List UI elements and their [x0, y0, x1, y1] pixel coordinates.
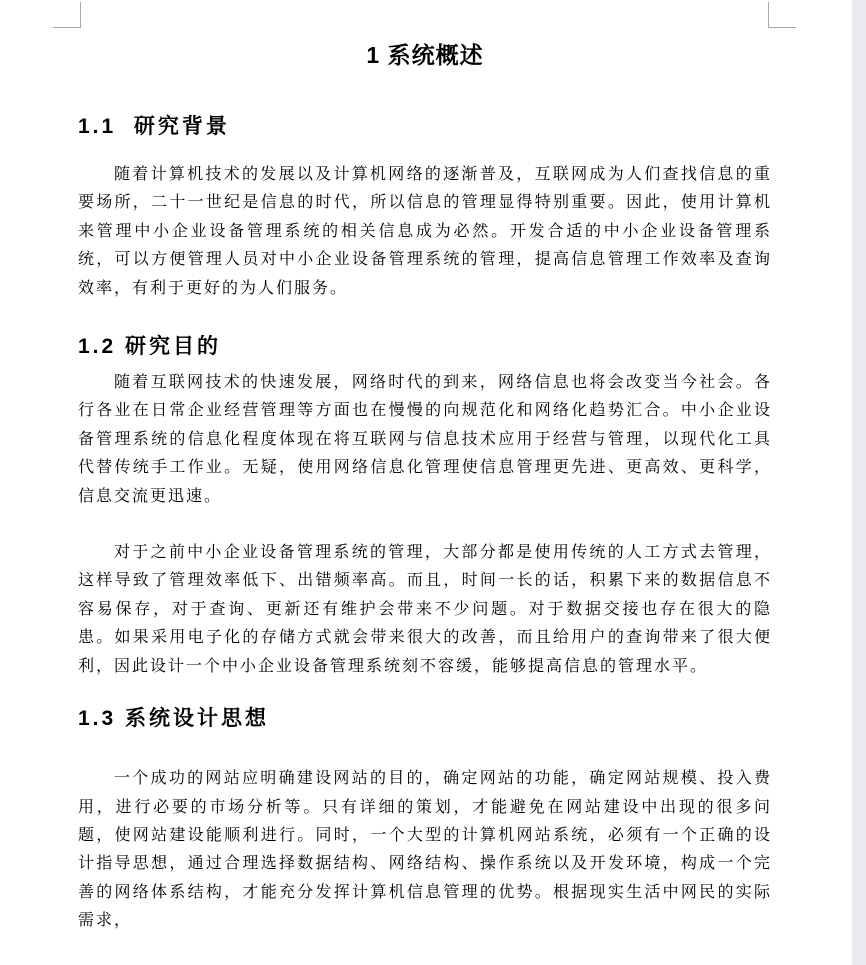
- page-margin-mark-topleft-icon: [53, 2, 81, 28]
- page-margin-mark-topright-icon: [768, 2, 796, 28]
- section-heading-1-2[interactable]: 1.2 研究目的: [78, 334, 772, 360]
- paragraph-research-purpose-2[interactable]: 对于之前中小企业设备管理系统的管理，大部分都是使用传统的人工方式去管理，这样导致…: [78, 539, 772, 681]
- paragraph-design-philosophy[interactable]: 一个成功的网站应明确建设网站的目的，确定网站的功能，确定网站规模、投入费用，进行…: [78, 765, 772, 935]
- app-background-strip: [852, 0, 866, 965]
- document-title[interactable]: 1 系统概述: [78, 40, 772, 70]
- section-heading-1-3[interactable]: 1.3 系统设计思想: [78, 706, 772, 732]
- paragraph-research-background[interactable]: 随着计算机技术的发展以及计算机网络的逐渐普及，互联网成为人们查找信息的重要场所，…: [78, 161, 772, 303]
- document-page[interactable]: 1 系统概述 1.1 研究背景 随着计算机技术的发展以及计算机网络的逐渐普及，互…: [78, 0, 772, 936]
- paragraph-research-purpose-1[interactable]: 随着互联网技术的快速发展，网络时代的到来，网络信息也将会改变当今社会。各行各业在…: [78, 369, 772, 511]
- section-heading-1-1[interactable]: 1.1 研究背景: [78, 114, 772, 140]
